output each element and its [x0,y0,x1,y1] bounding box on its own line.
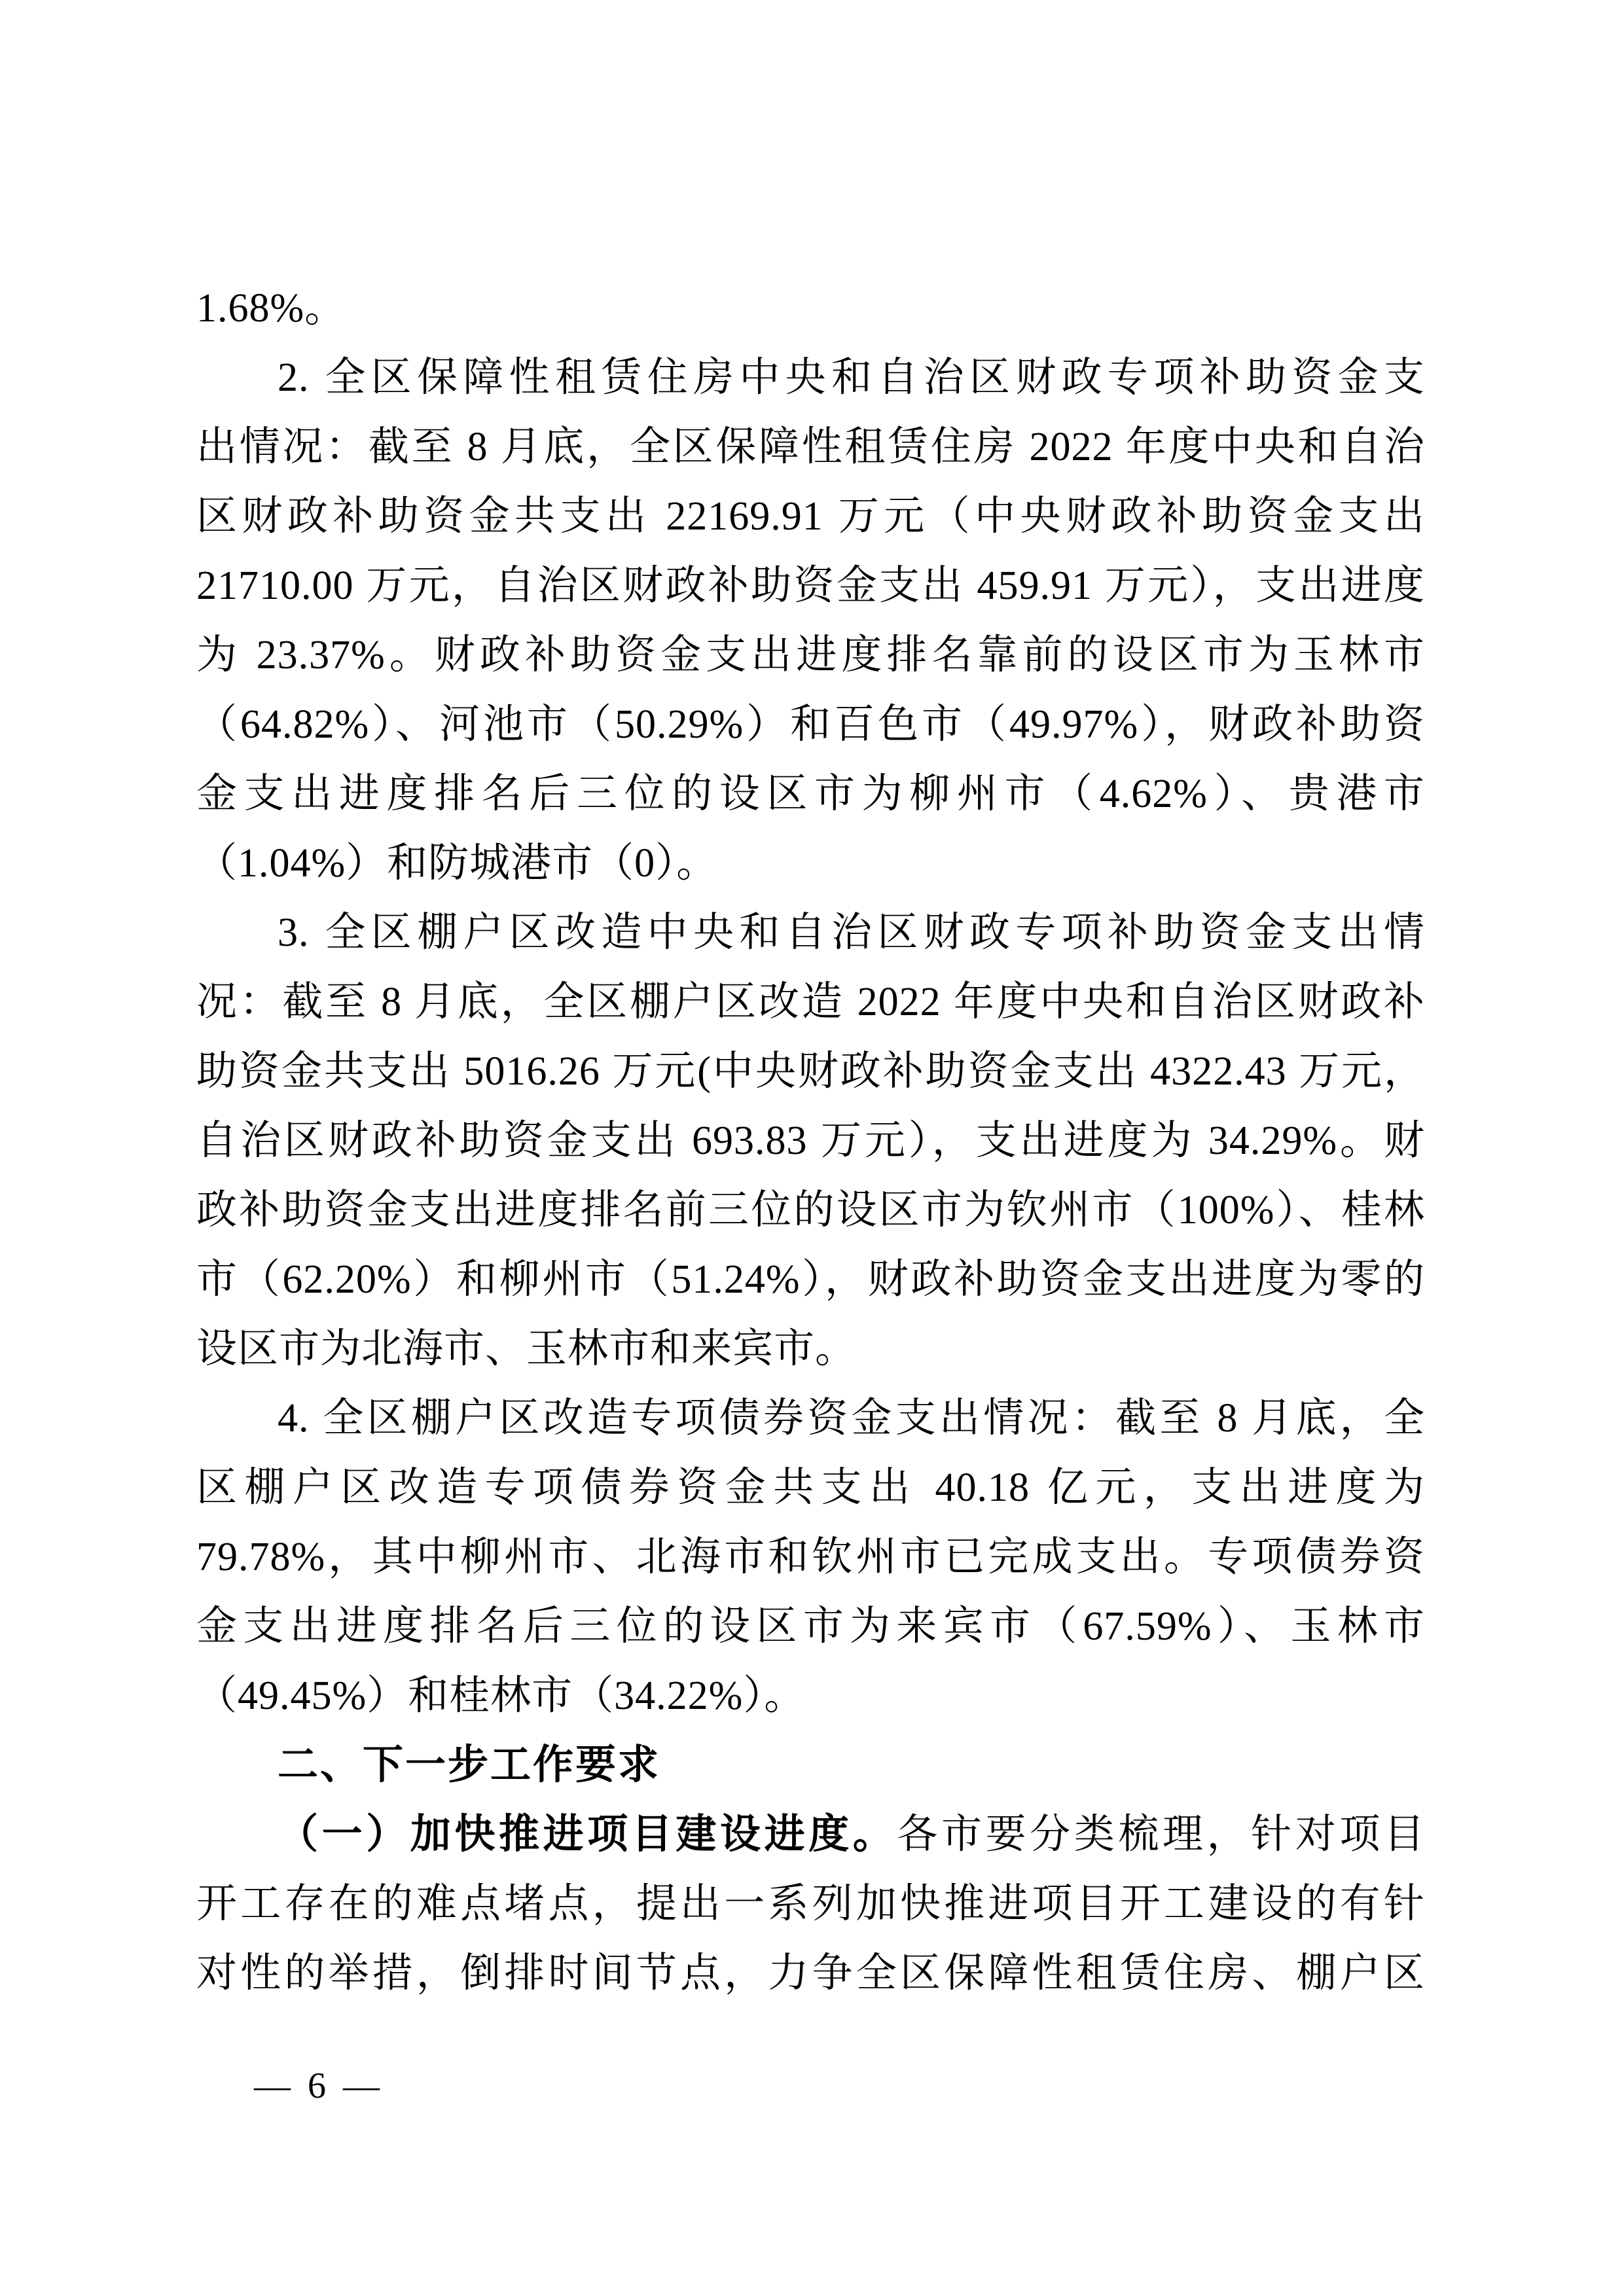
body-line-5: 21710.00 万元，自治区财政补助资金支出 459.91 万元），支出进度 [196,551,1425,620]
body-line-10: 3. 全区棚户区改造中央和自治区财政专项补助资金支出情 [196,898,1425,967]
body-line-6: 为 23.37%。财政补助资金支出进度排名靠前的设区市为玉林市 [196,620,1425,690]
footer-page-number: — 6 — [254,2063,384,2109]
body-line-25: 对性的举措，倒排时间节点，力争全区保障性租赁住房、棚户区 [196,1939,1425,2008]
body-line-7: （64.82%）、河池市（50.29%）和百色市（49.97%），财政补助资 [196,690,1425,759]
body-line-14: 政补助资金支出进度排名前三位的设区市为钦州市（100%）、桂林 [196,1175,1425,1245]
body-line-13: 自治区财政补助资金支出 693.83 万元），支出进度为 34.29%。财 [196,1106,1425,1175]
body-line-2: 2. 全区保障性租赁住房中央和自治区财政专项补助资金支 [196,343,1425,412]
body-line-21: （49.45%）和桂林市（34.22%）。 [196,1661,1425,1731]
body-line-20: 金支出进度排名后三位的设区市为来宾市（67.59%）、玉林市 [196,1592,1425,1661]
body-line-9: （1.04%）和防城港市（0）。 [196,829,1425,898]
document-page: 1.68%。 2. 全区保障性租赁住房中央和自治区财政专项补助资金支 出情况：截… [0,0,1624,2296]
body-line-4: 区财政补助资金共支出 22169.91 万元（中央财政补助资金支出 [196,482,1425,551]
body-line-17: 4. 全区棚户区改造专项债券资金支出情况：截至 8 月底，全 [196,1384,1425,1453]
body-line-24: 开工存在的难点堵点，提出一系列加快推进项目开工建设的有针 [196,1869,1425,1939]
body-line-19: 79.78%，其中柳州市、北海市和钦州市已完成支出。专项债券资 [196,1522,1425,1592]
body-line-12: 助资金共支出 5016.26 万元(中央财政补助资金支出 4322.43 万元， [196,1037,1425,1106]
body-line-16: 设区市为北海市、玉林市和来宾市。 [196,1314,1425,1384]
clause-text: 各市要分类梳理，针对项目 [897,1812,1425,1857]
document-body: 1.68%。 2. 全区保障性租赁住房中央和自治区财政专项补助资金支 出情况：截… [196,274,1425,2008]
body-line-15: 市（62.20%）和柳州市（51.24%），财政补助资金支出进度为零的 [196,1245,1425,1314]
body-line-8: 金支出进度排名后三位的设区市为柳州市（4.62%）、贵港市 [196,759,1425,829]
body-line-3: 出情况：截至 8 月底，全区保障性租赁住房 2022 年度中央和自治 [196,412,1425,482]
clause-heading: （一）加快推进项目建设进度。 [278,1812,897,1857]
body-line-18: 区棚户区改造专项债券资金共支出 40.18 亿元，支出进度为 [196,1453,1425,1522]
body-line-11: 况：截至 8 月底，全区棚户区改造 2022 年度中央和自治区财政补 [196,967,1425,1037]
body-line-1: 1.68%。 [196,274,1425,343]
section-heading: 二、下一步工作要求 [196,1731,1425,1800]
body-line-23: （一）加快推进项目建设进度。各市要分类梳理，针对项目 [196,1800,1425,1869]
